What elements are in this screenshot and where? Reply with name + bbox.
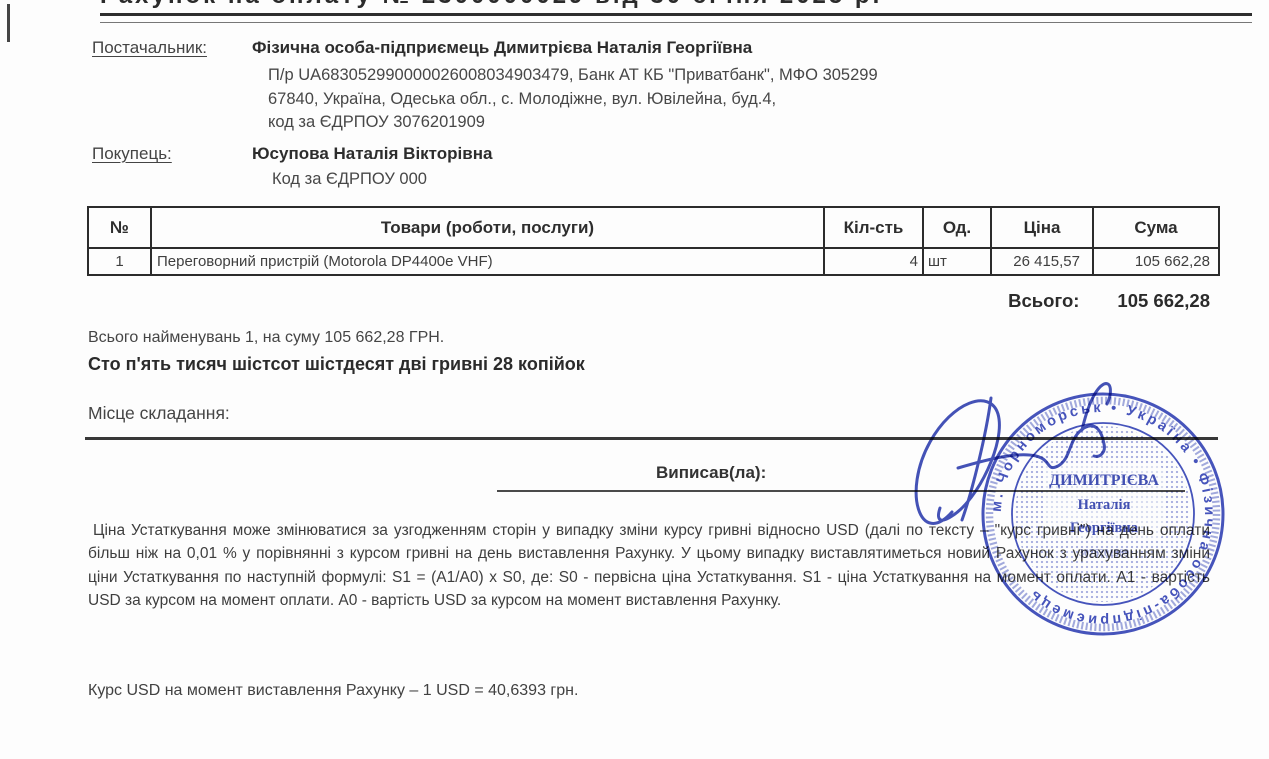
col-header-number: № bbox=[88, 207, 151, 248]
supplier-label: Постачальник: bbox=[92, 38, 207, 58]
usd-rate-line: Курс USD на момент виставлення Рахунку –… bbox=[88, 682, 578, 700]
items-table-header-row: № Товари (роботи, послуги) Кіл-сть Од. Ц… bbox=[88, 207, 1219, 248]
cropped-invoice-title-text: Рахунок на оплату № 2300000029 від 30 сі… bbox=[100, 0, 1220, 10]
totals-label: Всього: bbox=[1008, 290, 1079, 312]
cropped-invoice-title: Рахунок на оплату № 2300000029 від 30 сі… bbox=[100, 0, 1220, 11]
cell-quantity: 4 bbox=[824, 248, 923, 275]
buyer-label: Покупець: bbox=[92, 144, 172, 164]
supplier-bank-line: П/р UA683052990000026008034903479, Банк … bbox=[268, 66, 878, 85]
col-header-goods: Товари (роботи, послуги) bbox=[151, 207, 824, 248]
place-of-drawing-label: Місце складання: bbox=[88, 403, 230, 424]
totals-value: 105 662,28 bbox=[1117, 290, 1210, 312]
buyer-name: Юсупова Наталія Вікторівна bbox=[252, 144, 492, 164]
handwritten-signature bbox=[893, 378, 1133, 543]
buyer-edrpou-line: Код за ЄДРПОУ 000 bbox=[272, 170, 427, 189]
issued-by-label: Виписав(ла): bbox=[656, 463, 766, 483]
cell-unit: шт bbox=[923, 248, 991, 275]
col-header-quantity: Кіл-сть bbox=[824, 207, 923, 248]
invoice-document: Рахунок на оплату № 2300000029 від 30 сі… bbox=[0, 0, 1269, 759]
amount-in-words: Сто п'ять тисяч шістсот шістдесят дві гр… bbox=[88, 354, 585, 375]
table-row: 1 Переговорний пристрій (Motorola DP4400… bbox=[88, 248, 1219, 275]
items-table: № Товари (роботи, послуги) Кіл-сть Од. Ц… bbox=[87, 206, 1220, 276]
supplier-name: Фізична особа-підприємець Димитрієва Нат… bbox=[252, 38, 752, 58]
col-header-unit: Од. bbox=[923, 207, 991, 248]
cell-price: 26 415,57 bbox=[991, 248, 1093, 275]
supplier-address-line: 67840, Україна, Одеська обл., с. Молодіж… bbox=[268, 90, 776, 109]
totals-row: Всього: 105 662,28 bbox=[760, 290, 1210, 312]
stamp-tax-code: 3076201909 bbox=[1079, 548, 1129, 559]
title-double-rule bbox=[100, 13, 1252, 23]
col-header-price: Ціна bbox=[991, 207, 1093, 248]
supplier-edrpou-line: код за ЄДРПОУ 3076201909 bbox=[268, 113, 485, 132]
cell-row-number: 1 bbox=[88, 248, 151, 275]
scan-edge-artifact bbox=[7, 4, 10, 42]
col-header-sum: Сума bbox=[1093, 207, 1219, 248]
cell-goods: Переговорний пристрій (Motorola DP4400e … bbox=[151, 248, 824, 275]
items-count-line: Всього найменувань 1, на суму 105 662,28… bbox=[88, 329, 444, 347]
cell-sum: 105 662,28 bbox=[1093, 248, 1219, 275]
